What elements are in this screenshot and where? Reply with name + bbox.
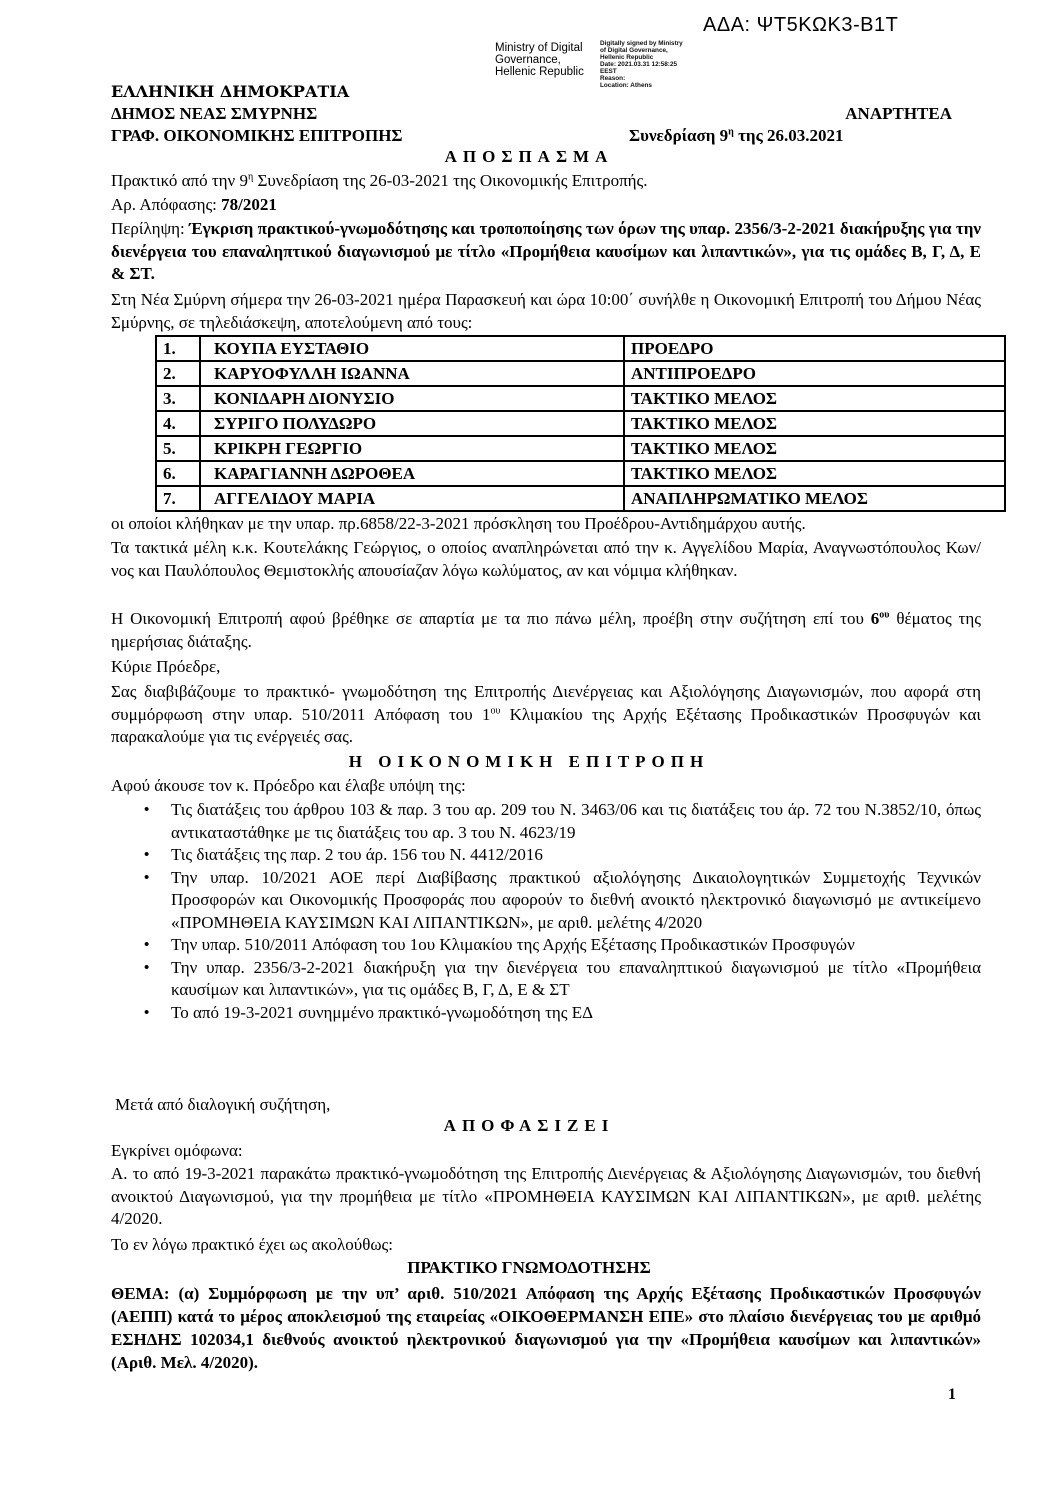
member-num: 6.: [156, 461, 200, 486]
member-role: ΑΝΤΙΠΡΟΕΔΡΟ: [624, 361, 1005, 386]
table-row: 4.ΣΥΡΙΓΟ ΠΟΛΥΔΩΡΟΤΑΚΤΙΚΟ ΜΕΛΟΣ: [156, 411, 1005, 436]
member-name: ΚΑΡΑΓΙΑΝΝΗ ΔΩΡΟΘΕΑ: [200, 461, 624, 486]
decision-number: Αρ. Απόφασης: 78/2021: [111, 194, 981, 217]
member-name: ΚΟΥΠΑ ΕΥΣΤΑΘΙΟ: [200, 336, 624, 361]
member-role: ΑΝΑΠΛΗΡΩΜΑΤΙΚΟ ΜΕΛΟΣ: [624, 486, 1005, 511]
minutes-follows: Το εν λόγω πρακτικό έχει ως ακολούθως:: [111, 1234, 981, 1257]
page-number: 1: [948, 1386, 956, 1404]
after-discussion: Μετά από διαλογική συζήτηση,: [115, 1094, 985, 1117]
member-num: 7.: [156, 486, 200, 511]
member-num: 5.: [156, 436, 200, 461]
committee-heading: Η ΟΙΚΟΝΟΜΙΚΗ ΕΠΙΤΡΟΠΗ: [0, 752, 1058, 772]
header-republic: ΕΛΛΗΝΙΚΗ ΔΗΜΟΚΡΑΤΙΑ: [111, 81, 349, 103]
session-label: Συνεδρίαση 9η της 26.03.2021: [629, 125, 844, 147]
member-name: ΚΑΡΥΟΦΥΛΛΗ ΙΩΑΝΝΑ: [200, 361, 624, 386]
table-row: 7.ΑΓΓΕΛΙΔΟΥ ΜΑΡΙΑΑΝΑΠΛΗΡΩΜΑΤΙΚΟ ΜΕΛΟΣ: [156, 486, 1005, 511]
quorum-text: Η Οικονομική Επιτροπή αφού βρέθηκε σε απ…: [111, 608, 981, 653]
approval-a: Α. το από 19-3-2021 παρακάτω πρακτικό-γν…: [111, 1163, 981, 1231]
list-item: Τις διατάξεις της παρ. 2 του άρ. 156 του…: [111, 844, 981, 867]
sig-line: Reason:: [600, 75, 683, 82]
absent-text: Τα τακτικά μέλη κ.κ. Κουτελάκης Γεώργιος…: [111, 537, 981, 582]
ada-code: ΑΔΑ: ΨΤ5ΚΩΚ3-Β1Τ: [703, 14, 898, 37]
table-row: 2.ΚΑΡΥΟΦΥΛΛΗ ΙΩΑΝΝΑΑΝΤΙΠΡΟΕΔΡΟ: [156, 361, 1005, 386]
member-role: ΤΑΚΤΙΚΟ ΜΕΛΟΣ: [624, 411, 1005, 436]
signature-details: Digitally signed by Ministry of Digital …: [600, 40, 683, 89]
meeting-text: Στη Νέα Σμύρνη σήμερα την 26-03-2021 ημέ…: [111, 289, 981, 334]
signature-signer: Ministry of Digital Governance, Hellenic…: [495, 42, 595, 78]
signer-name: Ministry of Digital Governance, Hellenic…: [495, 42, 584, 78]
member-num: 4.: [156, 411, 200, 436]
member-num: 1.: [156, 336, 200, 361]
forward-text: Σας διαβιβάζουμε το πρακτικό- γνωμοδότησ…: [111, 681, 981, 749]
sig-line: Digitally signed by Ministry: [600, 40, 683, 47]
sig-line: Location: Athens: [600, 82, 683, 89]
list-item: Την υπαρ. 10/2021 ΑΟΕ περί Διαβίβασης πρ…: [111, 867, 981, 935]
invited-text: οι οποίοι κλήθηκαν με την υπαρ. πρ.6858/…: [111, 513, 981, 536]
sig-line: Date: 2021.03.31 12:58:25: [600, 61, 683, 68]
list-item: Την υπαρ. 510/2011 Απόφαση του 1ου Κλιμα…: [111, 934, 981, 957]
considering-text: Αφού άκουσε τον κ. Πρόεδρο και έλαβε υπό…: [111, 775, 981, 798]
table-row: 5.ΚΡΙΚΡΗ ΓΕΩΡΓΙΟΤΑΚΤΙΚΟ ΜΕΛΟΣ: [156, 436, 1005, 461]
approves-text: Εγκρίνει ομόφωνα:: [111, 1140, 981, 1163]
member-role: ΤΑΚΤΙΚΟ ΜΕΛΟΣ: [624, 461, 1005, 486]
member-role: ΠΡΟΕΔΡΟ: [624, 336, 1005, 361]
table-row: 6.ΚΑΡΑΓΙΑΝΝΗ ΔΩΡΟΘΕΑΤΑΚΤΙΚΟ ΜΕΛΟΣ: [156, 461, 1005, 486]
considerations-list: Τις διατάξεις του άρθρου 103 & παρ. 3 το…: [111, 799, 981, 1024]
summary: Περίληψη: Έγκριση πρακτικού-γνωμοδότησης…: [111, 218, 981, 286]
sig-line: EEST: [600, 68, 683, 75]
header-municipality: ΔΗΜΟΣ ΝΕΑΣ ΣΜΥΡΝΗΣ: [111, 103, 317, 125]
decides-heading: ΑΠΟΦΑΣΙΖΕΙ: [0, 1116, 1058, 1136]
table-row: 1.ΚΟΥΠΑ ΕΥΣΤΑΘΙΟΠΡΟΕΔΡΟ: [156, 336, 1005, 361]
opinion-heading: ΠΡΑΚΤΙΚΟ ΓΝΩΜΟΔΟΤΗΣΗΣ: [0, 1258, 1058, 1278]
list-item: Τις διατάξεις του άρθρου 103 & παρ. 3 το…: [111, 799, 981, 844]
sig-line: Hellenic Republic: [600, 54, 683, 61]
header-office: ΓΡΑΦ. ΟΙΚΟΝΟΜΙΚΗΣ ΕΠΙΤΡΟΠΗΣ: [111, 125, 403, 147]
salutation: Κύριε Πρόεδρε,: [111, 656, 981, 679]
member-name: ΑΓΓΕΛΙΔΟΥ ΜΑΡΙΑ: [200, 486, 624, 511]
member-name: ΣΥΡΙΓΟ ΠΟΛΥΔΩΡΟ: [200, 411, 624, 436]
members-table: 1.ΚΟΥΠΑ ΕΥΣΤΑΘΙΟΠΡΟΕΔΡΟ2.ΚΑΡΥΟΦΥΛΛΗ ΙΩΑΝ…: [155, 335, 1006, 512]
table-row: 3.ΚΟΝΙΔΑΡΗ ΔΙΟΝΥΣΙΟΤΑΚΤΙΚΟ ΜΕΛΟΣ: [156, 386, 1005, 411]
sig-line: of Digital Governance,: [600, 47, 683, 54]
posting-label: ΑΝΑΡΤΗΤΕΑ: [845, 103, 952, 125]
member-role: ΤΑΚΤΙΚΟ ΜΕΛΟΣ: [624, 386, 1005, 411]
list-item: Την υπαρ. 2356/3-2-2021 διακήρυξη για τη…: [111, 957, 981, 1002]
member-name: ΚΟΝΙΔΑΡΗ ΔΙΟΝΥΣΙΟ: [200, 386, 624, 411]
member-num: 2.: [156, 361, 200, 386]
member-num: 3.: [156, 386, 200, 411]
member-role: ΤΑΚΤΙΚΟ ΜΕΛΟΣ: [624, 436, 1005, 461]
subject-text: ΘΕΜΑ: (α) Συμμόρφωση με την υπ’ αριθ. 51…: [111, 1282, 981, 1374]
minutes-line: Πρακτικό από την 9η Συνεδρίαση της 26-03…: [111, 170, 981, 193]
doc-title: ΑΠΟΣΠΑΣΜΑ: [0, 147, 1058, 167]
member-name: ΚΡΙΚΡΗ ΓΕΩΡΓΙΟ: [200, 436, 624, 461]
list-item: Το από 19-3-2021 συνημμένο πρακτικό-γνωμ…: [111, 1002, 981, 1025]
